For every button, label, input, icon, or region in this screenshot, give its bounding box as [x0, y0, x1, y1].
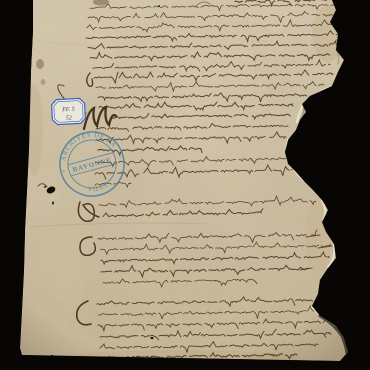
archive-label-series: FF. 5	[61, 107, 75, 114]
photo-stage: FF. 5 52 BAYONNE ARCHIVES DE LA VILLE * …	[0, 0, 370, 370]
ink-blot-hole	[44, 186, 46, 187]
archive-label-number: 52	[66, 115, 72, 121]
ink-blot-hole	[52, 202, 54, 205]
ink-blot-hole	[151, 337, 154, 339]
archive-label: FF. 5 52	[51, 98, 85, 125]
manuscript-photo: FF. 5 52 BAYONNE ARCHIVES DE LA VILLE * …	[0, 0, 370, 370]
ink-blot-hole	[158, 5, 160, 7]
